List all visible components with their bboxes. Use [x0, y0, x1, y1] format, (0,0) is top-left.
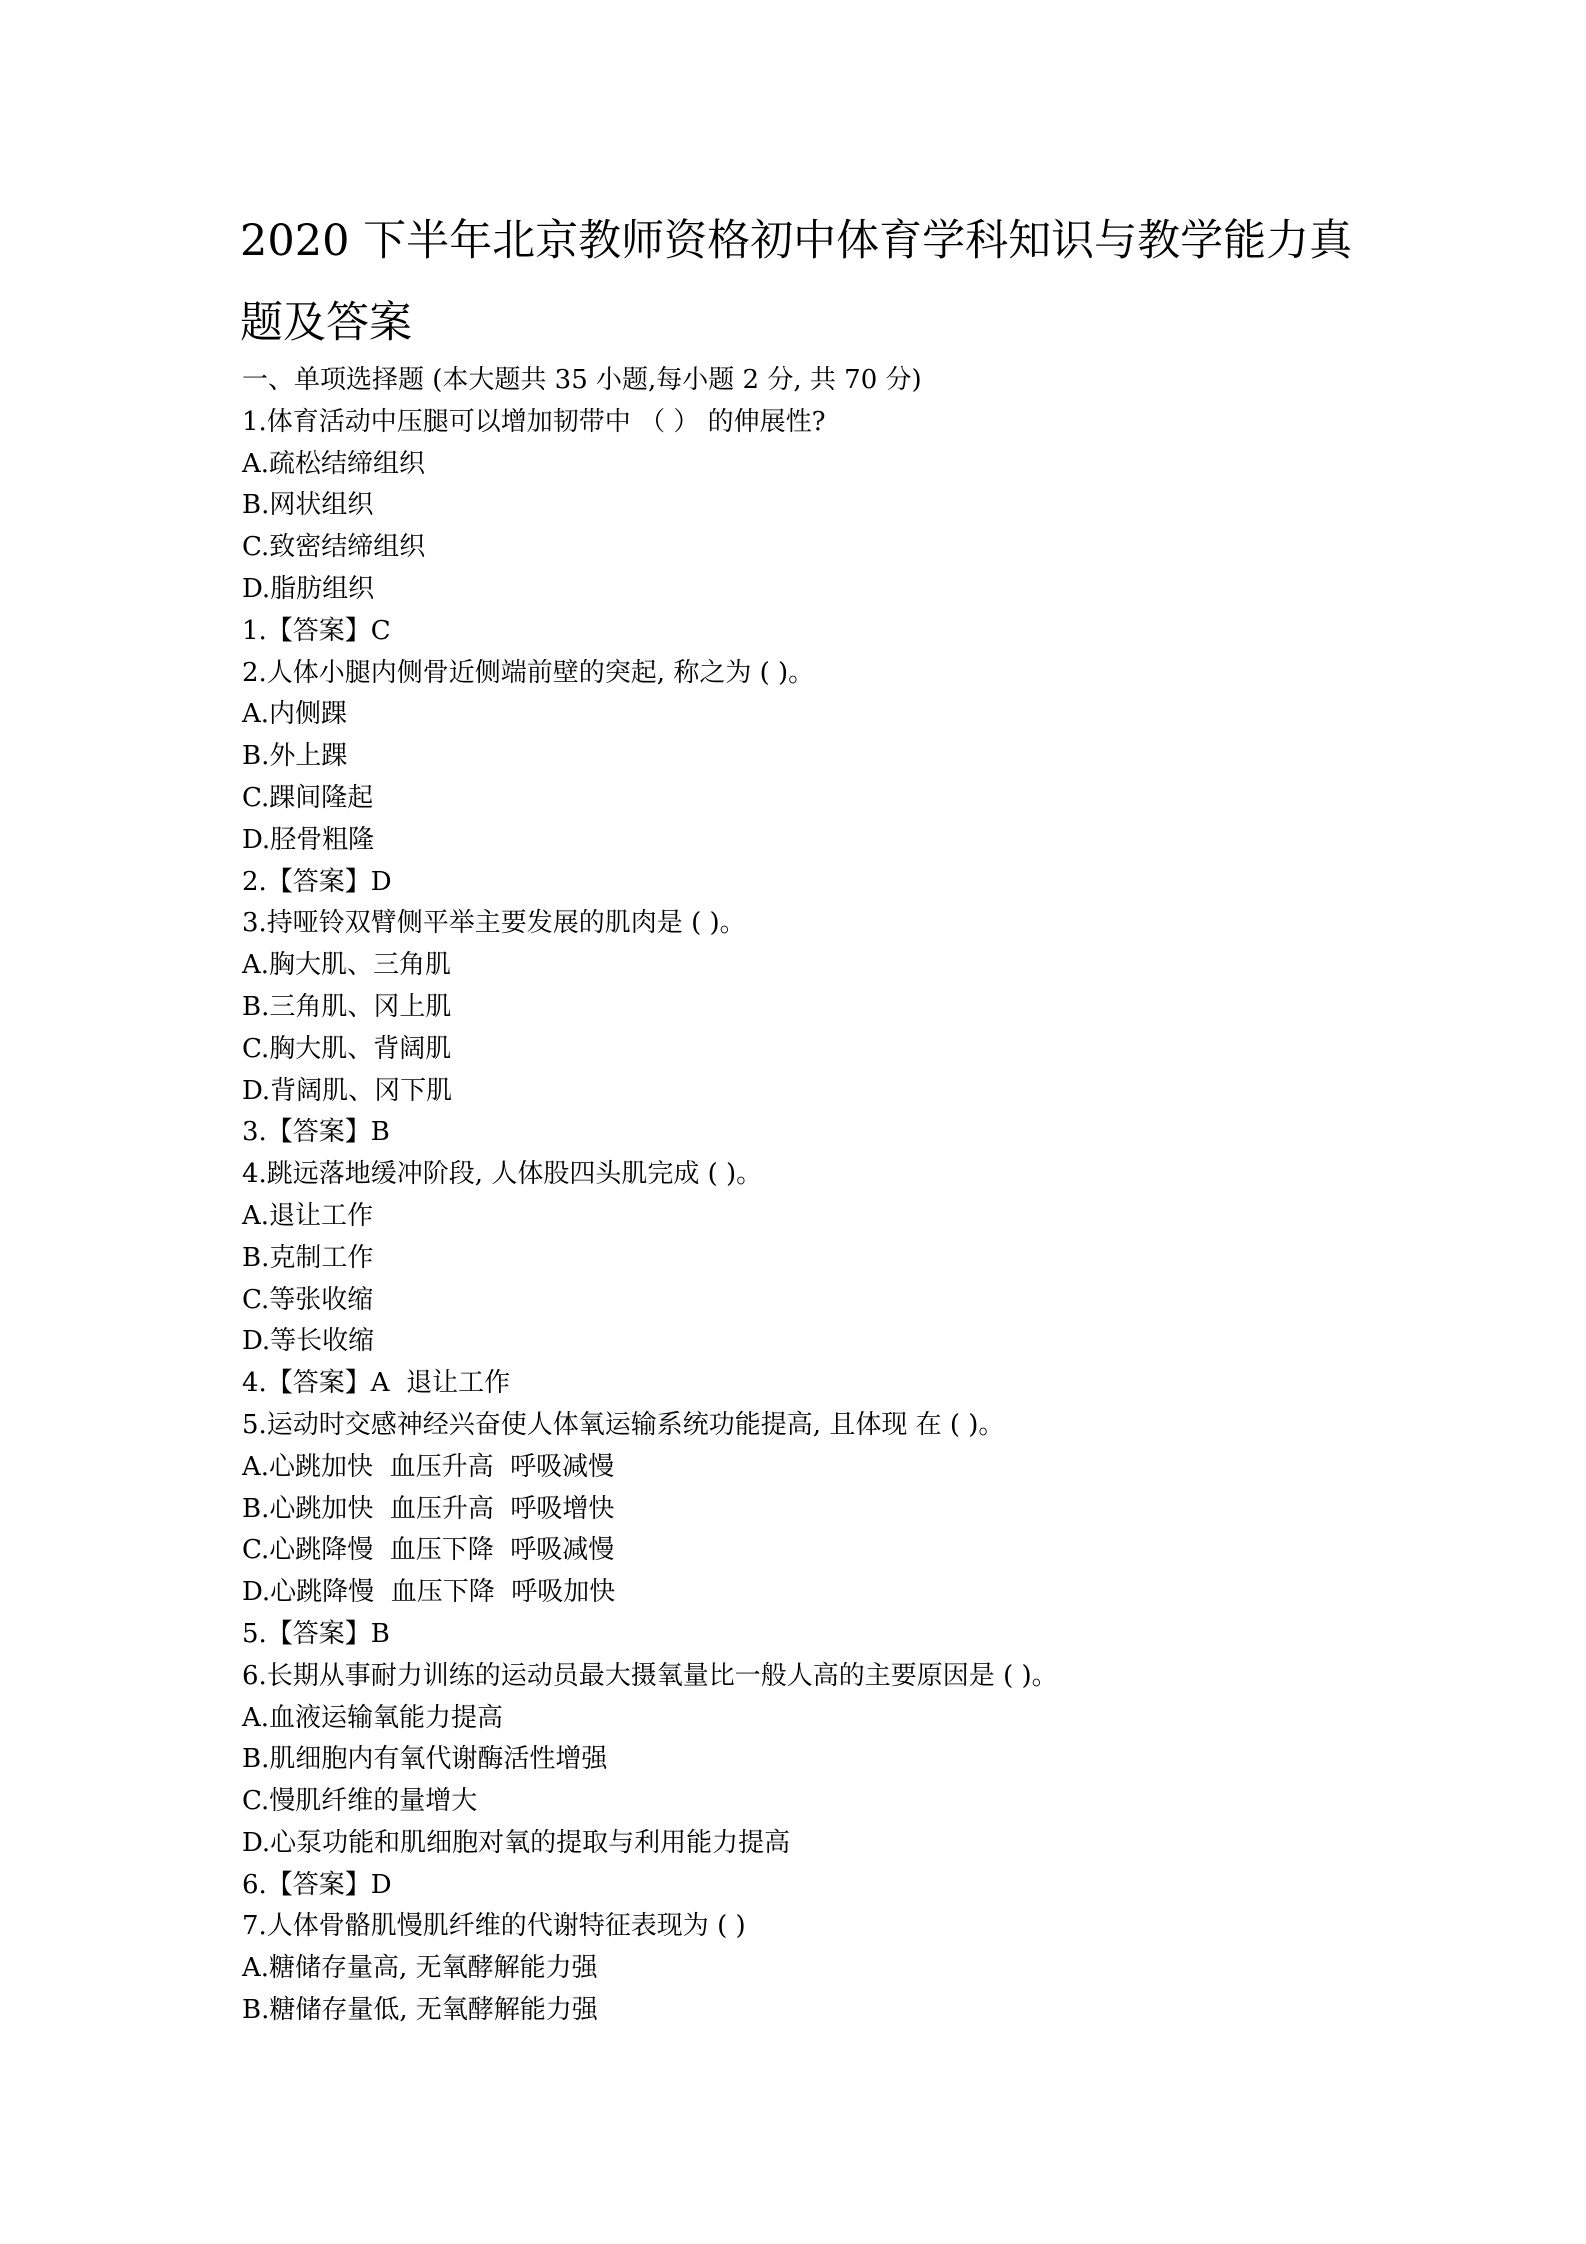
option-d: D.脂肪组织: [242, 569, 1352, 611]
question-6: 6.长期从事耐力训练的运动员最大摄氧量比一般人高的主要原因是 ( )。 A.血液…: [242, 1656, 1352, 1907]
title-line-2: 题及答案: [240, 282, 1360, 364]
question-stem: 7.人体骨骼肌慢肌纤维的代谢特征表现为 ( ): [242, 1906, 1352, 1948]
option-d: D.等长收缩: [242, 1321, 1352, 1363]
question-stem: 3.持哑铃双臂侧平举主要发展的肌肉是 ( )。: [242, 903, 1352, 945]
question-3: 3.持哑铃双臂侧平举主要发展的肌肉是 ( )。 A.胸大肌、三角肌 B.三角肌、…: [242, 903, 1352, 1154]
option-a: A.心跳加快 血压升高 呼吸减慢: [242, 1447, 1352, 1489]
option-c: C.慢肌纤维的量增大: [242, 1781, 1352, 1823]
answer: 2.【答案】D: [242, 862, 1352, 904]
document-page: 2020 下半年北京教师资格初中体育学科知识与教学能力真 题及答案 一、单项选择…: [0, 0, 1586, 2244]
title-line-1: 2020 下半年北京教师资格初中体育学科知识与教学能力真: [240, 200, 1360, 282]
answer: 3.【答案】B: [242, 1112, 1352, 1154]
option-b: B.网状组织: [242, 485, 1352, 527]
document-title: 2020 下半年北京教师资格初中体育学科知识与教学能力真 题及答案: [240, 200, 1360, 364]
option-a: A.退让工作: [242, 1196, 1352, 1238]
option-b: B.肌细胞内有氧代谢酶活性增强: [242, 1739, 1352, 1781]
option-c: C.胸大肌、背阔肌: [242, 1029, 1352, 1071]
question-4: 4.跳远落地缓冲阶段, 人体股四头肌完成 ( )。 A.退让工作 B.克制工作 …: [242, 1154, 1352, 1405]
section-heading: 一、单项选择题 (本大题共 35 小题,每小题 2 分, 共 70 分): [242, 360, 1352, 402]
option-b: B.外上踝: [242, 736, 1352, 778]
answer: 4.【答案】A 退让工作: [242, 1363, 1352, 1405]
option-a: A.胸大肌、三角肌: [242, 945, 1352, 987]
option-a: A.血液运输氧能力提高: [242, 1698, 1352, 1740]
option-d: D.心跳降慢 血压下降 呼吸加快: [242, 1572, 1352, 1614]
option-b: B.三角肌、冈上肌: [242, 987, 1352, 1029]
option-d: D.胫骨粗隆: [242, 820, 1352, 862]
option-d: D.心泵功能和肌细胞对氧的提取与利用能力提高: [242, 1823, 1352, 1865]
option-c: C.致密结缔组织: [242, 527, 1352, 569]
question-1: 1.体育活动中压腿可以增加韧带中 （ ） 的伸展性? A.疏松结缔组织 B.网状…: [242, 402, 1352, 653]
answer: 5.【答案】B: [242, 1614, 1352, 1656]
answer: 6.【答案】D: [242, 1865, 1352, 1907]
question-stem: 5.运动时交感神经兴奋使人体氧运输系统功能提高, 且体现 在 ( )。: [242, 1405, 1352, 1447]
question-stem: 6.长期从事耐力训练的运动员最大摄氧量比一般人高的主要原因是 ( )。: [242, 1656, 1352, 1698]
answer: 1.【答案】C: [242, 611, 1352, 653]
option-c: C.心跳降慢 血压下降 呼吸减慢: [242, 1530, 1352, 1572]
question-stem: 2.人体小腿内侧骨近侧端前壁的突起, 称之为 ( )。: [242, 653, 1352, 695]
question-7: 7.人体骨骼肌慢肌纤维的代谢特征表现为 ( ) A.糖储存量高, 无氧酵解能力强…: [242, 1906, 1352, 2031]
option-b: B.克制工作: [242, 1238, 1352, 1280]
option-d: D.背阔肌、冈下肌: [242, 1071, 1352, 1113]
option-a: A.内侧踝: [242, 694, 1352, 736]
question-stem: 1.体育活动中压腿可以增加韧带中 （ ） 的伸展性?: [242, 402, 1352, 444]
option-b: B.心跳加快 血压升高 呼吸增快: [242, 1489, 1352, 1531]
option-a: A.糖储存量高, 无氧酵解能力强: [242, 1948, 1352, 1990]
question-5: 5.运动时交感神经兴奋使人体氧运输系统功能提高, 且体现 在 ( )。 A.心跳…: [242, 1405, 1352, 1656]
option-c: C.踝间隆起: [242, 778, 1352, 820]
option-b: B.糖储存量低, 无氧酵解能力强: [242, 1990, 1352, 2032]
document-body: 一、单项选择题 (本大题共 35 小题,每小题 2 分, 共 70 分) 1.体…: [242, 360, 1352, 2032]
question-2: 2.人体小腿内侧骨近侧端前壁的突起, 称之为 ( )。 A.内侧踝 B.外上踝 …: [242, 653, 1352, 904]
question-stem: 4.跳远落地缓冲阶段, 人体股四头肌完成 ( )。: [242, 1154, 1352, 1196]
option-a: A.疏松结缔组织: [242, 444, 1352, 486]
option-c: C.等张收缩: [242, 1280, 1352, 1322]
